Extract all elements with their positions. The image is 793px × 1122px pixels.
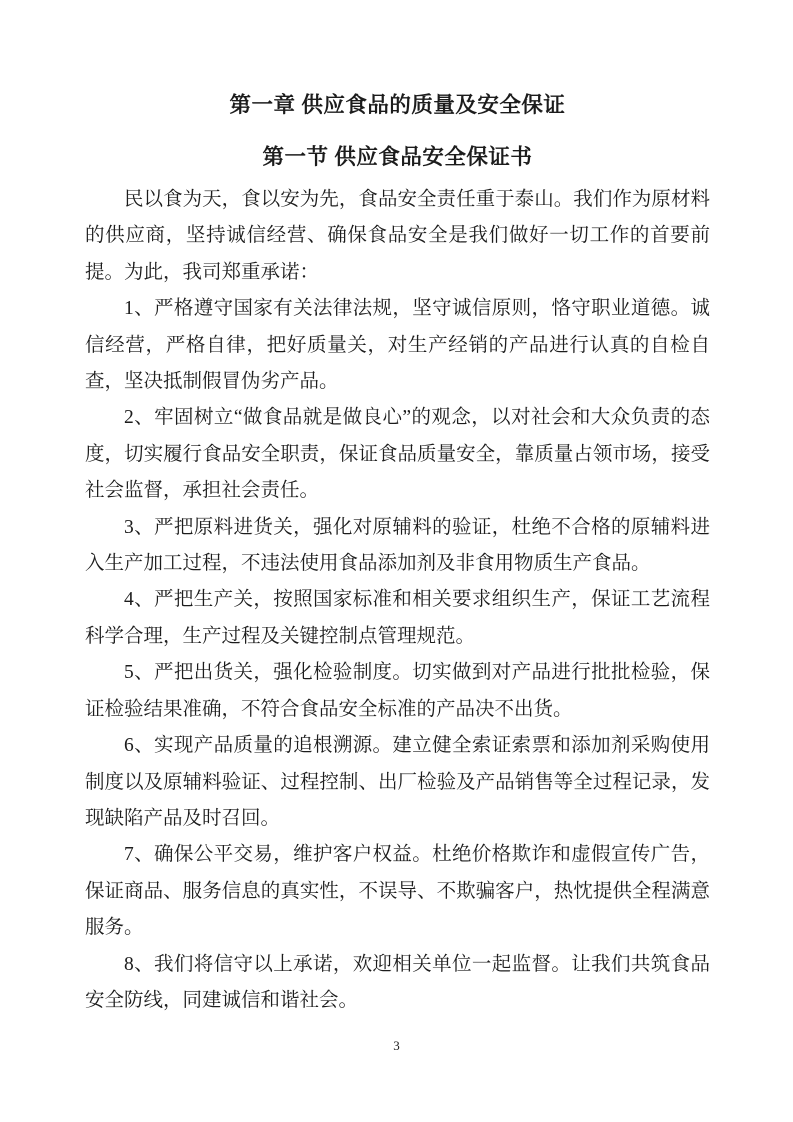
commitment-item-6: 6、实现产品质量的追根溯源。建立健全索证索票和添加剂采购使用制度以及原辅料验证、… [85,728,710,837]
commitment-item-7: 7、确保公平交易，维护客户权益。杜绝价格欺诈和虚假宣传广告，保证商品、服务信息的… [85,837,710,946]
page-content: 第一章 供应食品的质量及安全保证 第一节 供应食品安全保证书 民以食为天，食以安… [0,93,793,1019]
document-page: 第一章 供应食品的质量及安全保证 第一节 供应食品安全保证书 民以食为天，食以安… [0,0,793,1122]
body-text: 民以食为天，食以安为先，食品安全责任重于泰山。我们作为原材料的供应商，坚持诚信经… [85,182,710,1019]
chapter-title: 第一章 供应食品的质量及安全保证 [85,93,710,117]
commitment-item-4: 4、严把生产关，按照国家标准和相关要求组织生产，保证工艺流程科学合理，生产过程及… [85,582,710,655]
commitment-item-3: 3、严把原料进货关，强化对原辅料的验证，杜绝不合格的原辅料进入生产加工过程，不违… [85,510,710,583]
page-number: 3 [0,1038,793,1054]
commitment-item-8: 8、我们将信守以上承诺，欢迎相关单位一起监督。让我们共筑食品安全防线，同建诚信和… [85,947,710,1020]
commitment-item-2: 2、牢固树立“做食品就是做良心”的观念，以对社会和大众负责的态度，切实履行食品安… [85,400,710,509]
commitment-item-1: 1、严格遵守国家有关法律法规，坚守诚信原则，恪守职业道德。诚信经营，严格自律，把… [85,291,710,400]
commitment-item-5: 5、严把出货关，强化检验制度。切实做到对产品进行批批检验，保证检验结果准确，不符… [85,655,710,728]
section-title: 第一节 供应食品安全保证书 [85,145,710,169]
intro-paragraph: 民以食为天，食以安为先，食品安全责任重于泰山。我们作为原材料的供应商，坚持诚信经… [85,182,710,291]
